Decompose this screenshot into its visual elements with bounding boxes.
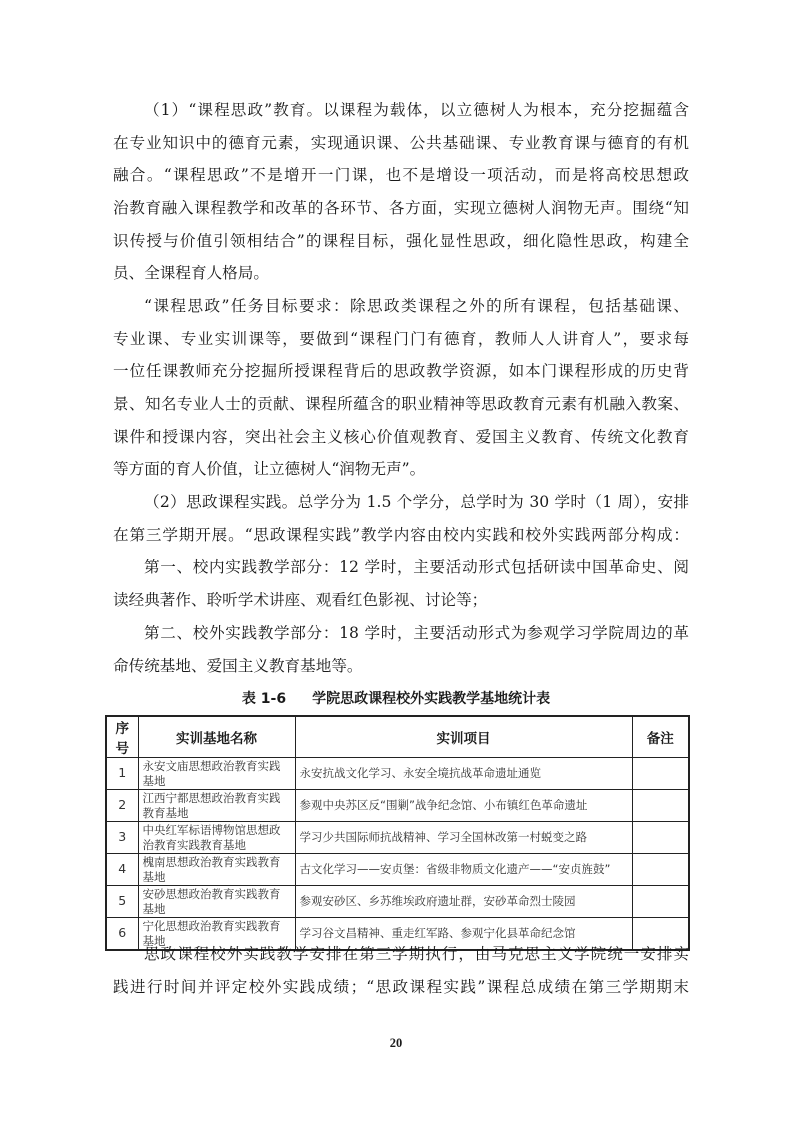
header-note: 备注: [632, 716, 689, 758]
cell-project: 古文化学习——安贞堡：省级非物质文化遗产——“安贞旌鼓”: [295, 854, 632, 886]
cell-no: 3: [106, 822, 138, 854]
text-line: 识传授与价值引领相结合”的课程目标，强化显性思政，细化隐性思政，构建全: [113, 225, 689, 258]
cell-note: [632, 758, 689, 790]
table-caption: 表 1-6学院思政课程校外实践教学基地统计表: [0, 688, 792, 710]
paragraph-off-campus-practice: 第二、校外实践教学部分：18 学时，主要活动形式为参观学习学院周边的革 命传统基…: [113, 617, 689, 682]
text-line: （1）“课程思政”教育。以课程为载体，以立德树人为根本，充分挖掘蕴含: [113, 94, 689, 127]
page-number: 20: [0, 1036, 792, 1051]
text-line: （2）思政课程实践。总学分为 1.5 个学分，总学时为 30 学时（1 周），安…: [113, 486, 689, 519]
text-line: 专业课、专业实训课等，要做到“课程门门有德育，教师人人讲育人”，要求每: [113, 323, 689, 356]
cell-project: 学习少共国际师抗战精神、学习全国林改第一村蜕变之路: [295, 822, 632, 854]
text-line: 等方面的育人价值，让立德树人“润物无声”。: [113, 453, 689, 486]
cell-note: [632, 886, 689, 918]
header-no: 序号: [106, 716, 138, 758]
cell-base-name: 中央红军标语博物馆思想政治教育实践教育基地: [138, 822, 295, 854]
text-line: 命传统基地、爱国主义教育基地等。: [113, 650, 689, 683]
document-page: （1）“课程思政”教育。以课程为载体，以立德树人为根本，充分挖掘蕴含 在专业知识…: [0, 0, 792, 1122]
paragraph-arrangement: 思政课程校外实践教学安排在第三学期执行，由马克思主义学院统一安排实 践进行时间并…: [113, 938, 689, 1003]
text-line: 在第三学期开展。“思政课程实践”教学内容由校内实践和校外实践两部分构成：: [113, 519, 689, 552]
paragraph-course-ideological-education: （1）“课程思政”教育。以课程为载体，以立德树人为根本，充分挖掘蕴含 在专业知识…: [113, 94, 689, 290]
text-line: 员、全课程育人格局。: [113, 257, 689, 290]
cell-base-name: 安砂思想政治教育实践教育基地: [138, 886, 295, 918]
header-base-name: 实训基地名称: [138, 716, 295, 758]
paragraph-practice-course: （2）思政课程实践。总学分为 1.5 个学分，总学时为 30 学时（1 周），安…: [113, 486, 689, 551]
text-line: “课程思政”任务目标要求：除思政类课程之外的所有课程，包括基础课、: [113, 290, 689, 323]
cell-no: 4: [106, 854, 138, 886]
table-row: 5 安砂思想政治教育实践教育基地 参观安砂区、乡苏维埃政府遗址群，安砂革命烈士陵…: [106, 886, 689, 918]
table-row: 3 中央红军标语博物馆思想政治教育实践教育基地 学习少共国际师抗战精神、学习全国…: [106, 822, 689, 854]
paragraph-task-goals: “课程思政”任务目标要求：除思政类课程之外的所有课程，包括基础课、 专业课、专业…: [113, 290, 689, 486]
table-row: 2 江西宁都思想政治教育实践教育基地 参观中央苏区反“围剿”战争纪念馆、小布镇红…: [106, 790, 689, 822]
text-line: 思政课程校外实践教学安排在第三学期执行，由马克思主义学院统一安排实: [113, 938, 689, 971]
text-line: 治教育融入课程教学和改革的各环节、各方面，实现立德树人润物无声。围绕“知: [113, 192, 689, 225]
cell-note: [632, 822, 689, 854]
text-line: 读经典著作、聆听学术讲座、观看红色影视、讨论等；: [113, 584, 689, 617]
table-header-row: 序号 实训基地名称 实训项目 备注: [106, 716, 689, 758]
table-row: 4 槐南思想政治教育实践教育基地 古文化学习——安贞堡：省级非物质文化遗产——“…: [106, 854, 689, 886]
cell-note: [632, 790, 689, 822]
text-line: 第二、校外实践教学部分：18 学时，主要活动形式为参观学习学院周边的革: [113, 617, 689, 650]
cell-note: [632, 854, 689, 886]
header-project: 实训项目: [295, 716, 632, 758]
text-line: 一位任课教师充分挖掘所授课程背后的思政教学资源，如本门课程形成的历史背: [113, 355, 689, 388]
text-line: 践进行时间并评定校外实践成绩；“思政课程实践”课程总成绩在第三学期期末: [113, 971, 689, 1004]
cell-no: 2: [106, 790, 138, 822]
paragraph-on-campus-practice: 第一、校内实践教学部分：12 学时，主要活动形式包括研读中国革命史、阅 读经典著…: [113, 551, 689, 616]
cell-no: 1: [106, 758, 138, 790]
cell-base-name: 江西宁都思想政治教育实践教育基地: [138, 790, 295, 822]
cell-no: 5: [106, 886, 138, 918]
practice-base-table: 序号 实训基地名称 实训项目 备注 1 永安文庙思想政治教育实践基地 永安抗战文…: [105, 715, 690, 951]
cell-base-name: 槐南思想政治教育实践教育基地: [138, 854, 295, 886]
cell-project: 参观安砂区、乡苏维埃政府遗址群，安砂革命烈士陵园: [295, 886, 632, 918]
table-row: 1 永安文庙思想政治教育实践基地 永安抗战文化学习、永安全境抗战革命遗址通览: [106, 758, 689, 790]
table-caption-number: 表 1-6: [242, 691, 286, 707]
text-line: 景、知名专业人士的贡献、课程所蕴含的职业精神等思政教育元素有机融入教案、: [113, 388, 689, 421]
text-line: 在专业知识中的德育元素，实现通识课、公共基础课、专业教育课与德育的有机: [113, 127, 689, 160]
text-line: 课件和授课内容，突出社会主义核心价值观教育、爱国主义教育、传统文化教育: [113, 421, 689, 454]
text-line: 融合。“课程思政”不是增开一门课，也不是增设一项活动，而是将高校思想政: [113, 159, 689, 192]
cell-project: 参观中央苏区反“围剿”战争纪念馆、小布镇红色革命遗址: [295, 790, 632, 822]
text-line: 第一、校内实践教学部分：12 学时，主要活动形式包括研读中国革命史、阅: [113, 551, 689, 584]
cell-base-name: 永安文庙思想政治教育实践基地: [138, 758, 295, 790]
cell-project: 永安抗战文化学习、永安全境抗战革命遗址通览: [295, 758, 632, 790]
table-caption-title: 学院思政课程校外实践教学基地统计表: [312, 691, 550, 707]
